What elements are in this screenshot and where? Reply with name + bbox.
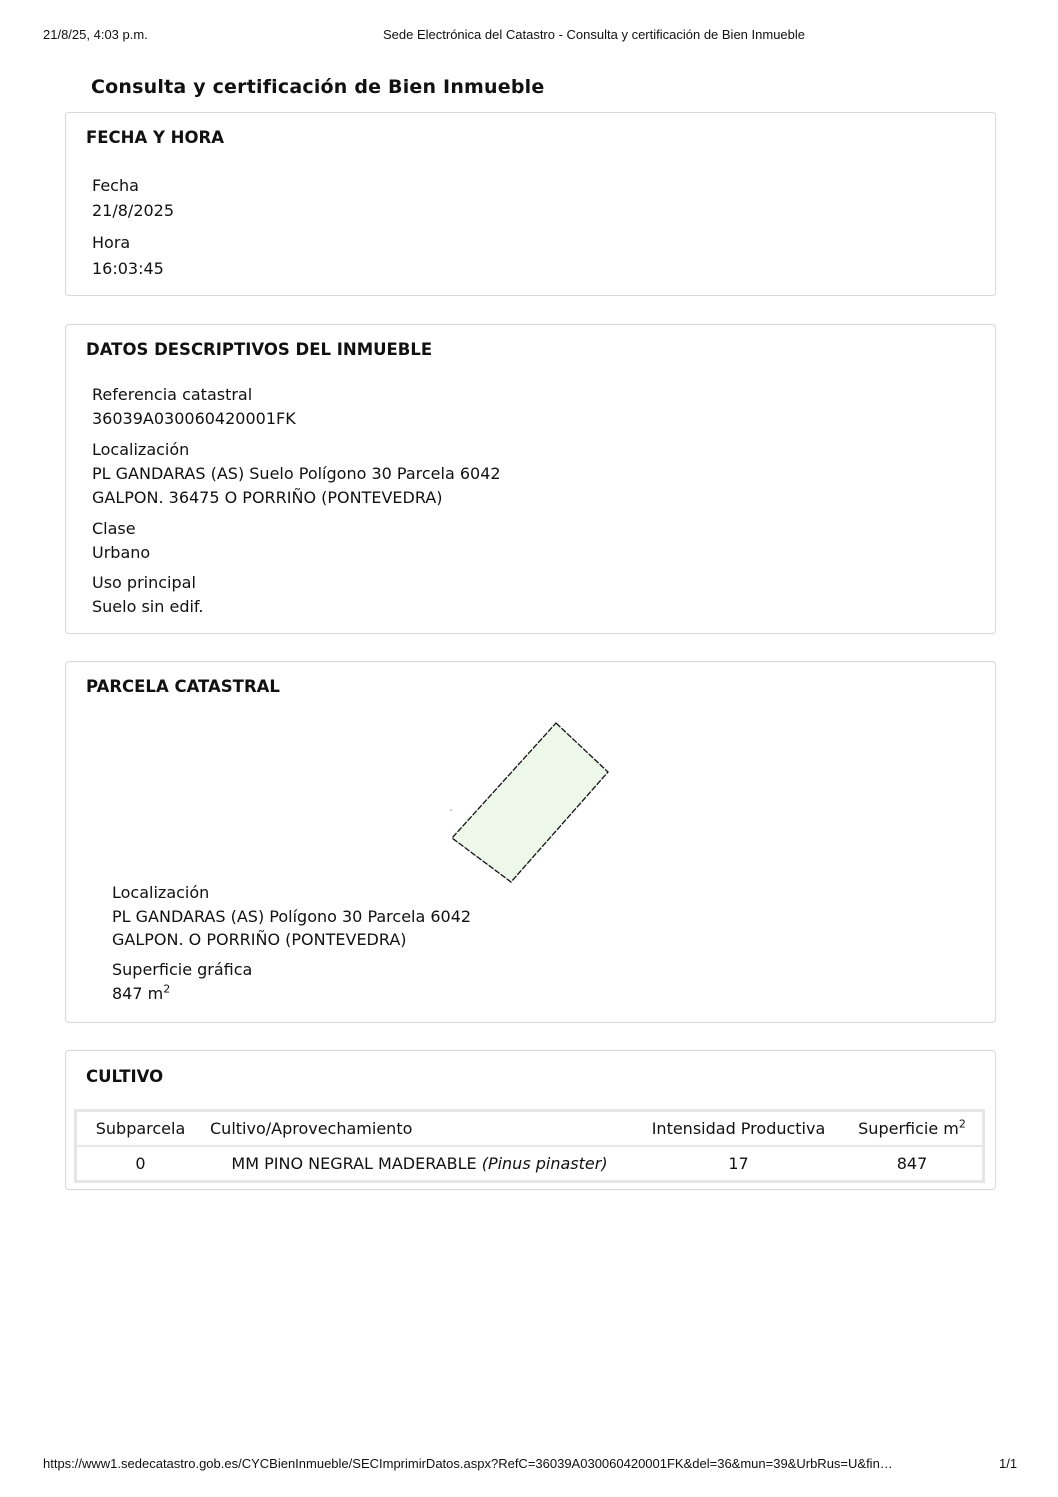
parcela-localizacion-line2: GALPON. O PORRIÑO (PONTEVEDRA) <box>112 928 407 952</box>
print-document-title: Sede Electrónica del Catastro - Consulta… <box>383 27 805 42</box>
print-footer: https://www1.sedecatastro.gob.es/CYCBien… <box>0 1456 1058 1474</box>
fecha-value: 21/8/2025 <box>92 199 174 223</box>
superficie-unit: m <box>148 984 164 1003</box>
column-header-cultivo: Cultivo/Aprovechamiento <box>204 1111 635 1147</box>
clase-value: Urbano <box>92 541 150 565</box>
superficie-label: Superficie gráfica <box>112 958 252 982</box>
column-header-superficie: Superficie m2 <box>842 1111 984 1147</box>
cultivo-panel: CULTIVO Subparcela Cultivo/Aprovechamien… <box>65 1050 996 1190</box>
hora-label: Hora <box>92 231 130 255</box>
parcel-polygon <box>452 723 608 882</box>
hora-value: 16:03:45 <box>92 257 164 281</box>
datos-descriptivos-panel: DATOS DESCRIPTIVOS DEL INMUEBLE Referenc… <box>65 324 996 634</box>
uso-label: Uso principal <box>92 571 196 595</box>
localizacion-line2: GALPON. 36475 O PORRIÑO (PONTEVEDRA) <box>92 486 443 510</box>
column-header-subparcela: Subparcela <box>76 1111 205 1147</box>
parcela-localizacion-line1: PL GANDARAS (AS) Polígono 30 Parcela 604… <box>112 905 471 929</box>
parcela-localizacion-label: Localización <box>112 881 209 905</box>
localizacion-line1: PL GANDARAS (AS) Suelo Polígono 30 Parce… <box>92 462 501 486</box>
parcela-heading: PARCELA CATASTRAL <box>86 677 280 696</box>
cultivo-table: Subparcela Cultivo/Aprovechamiento Inten… <box>74 1109 985 1183</box>
fecha-hora-heading: FECHA Y HORA <box>86 128 224 147</box>
cell-superficie: 847 <box>842 1146 984 1182</box>
referencia-value: 36039A030060420001FK <box>92 407 296 431</box>
localizacion-label: Localización <box>92 438 189 462</box>
clase-label: Clase <box>92 517 136 541</box>
referencia-label: Referencia catastral <box>92 383 252 407</box>
column-header-intensidad: Intensidad Productiva <box>635 1111 842 1147</box>
table-header-row: Subparcela Cultivo/Aprovechamiento Inten… <box>76 1111 984 1147</box>
parcela-catastral-panel: PARCELA CATASTRAL Localización PL GANDAR… <box>65 661 996 1023</box>
parcel-map-image <box>446 717 616 887</box>
print-header: 21/8/25, 4:03 p.m. Sede Electrónica del … <box>0 27 1058 45</box>
print-url: https://www1.sedecatastro.gob.es/CYCBien… <box>43 1456 893 1471</box>
superficie-number: 847 <box>112 984 143 1003</box>
cultivo-heading: CULTIVO <box>86 1067 163 1086</box>
cell-intensidad: 17 <box>635 1146 842 1182</box>
fecha-hora-panel: FECHA Y HORA Fecha 21/8/2025 Hora 16:03:… <box>65 112 996 296</box>
cell-subparcela: 0 <box>76 1146 205 1182</box>
page-indicator: 1/1 <box>999 1456 1017 1471</box>
cell-cultivo: MM PINO NEGRAL MADERABLE (Pinus pinaster… <box>204 1146 635 1182</box>
superficie-unit-exponent: 2 <box>163 983 170 996</box>
fecha-label: Fecha <box>92 174 139 198</box>
page-title: Consulta y certificación de Bien Inmuebl… <box>91 76 544 98</box>
superficie-value: 847 m2 <box>112 982 170 1006</box>
table-row: 0 MM PINO NEGRAL MADERABLE (Pinus pinast… <box>76 1146 984 1182</box>
uso-value: Suelo sin edif. <box>92 595 203 619</box>
print-datetime: 21/8/25, 4:03 p.m. <box>43 27 148 42</box>
datos-descriptivos-heading: DATOS DESCRIPTIVOS DEL INMUEBLE <box>86 340 432 359</box>
